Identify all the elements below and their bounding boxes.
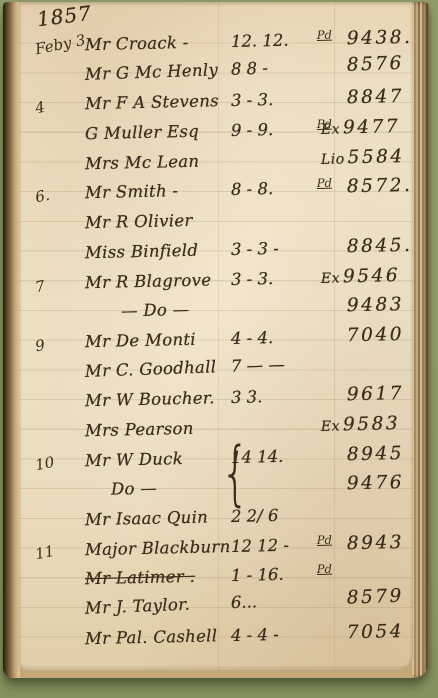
- entry-name: Mr J. Taylor.: [85, 594, 232, 619]
- entry-ledger-number: 8945: [347, 443, 411, 465]
- entry-day: 11: [20, 535, 86, 565]
- entry-number: 7040: [347, 324, 405, 346]
- entry-name: Mr R Blagrove: [85, 270, 231, 292]
- entry-name: Mr G Mc Henly: [85, 60, 232, 84]
- entry-paid-mark: Pd: [317, 562, 347, 577]
- entry-paid-mark: [317, 331, 347, 332]
- entry-paid-mark: [317, 357, 347, 358]
- entry-paid-mark: [317, 509, 347, 510]
- entry-day: 7: [20, 268, 86, 298]
- entry-paid-mark: Pd: [317, 27, 347, 42]
- entry-paid-mark: [317, 594, 347, 595]
- entry-name: — Do —: [85, 299, 231, 321]
- entry-paid-mark: [317, 242, 347, 243]
- entry-day: [22, 307, 85, 320]
- entry-name: Mr C. Goodhall: [85, 357, 232, 381]
- entry-ledger-number: 8943: [347, 532, 411, 554]
- entry-amount: [231, 307, 317, 309]
- entry-day: [22, 425, 85, 438]
- entry-amount: 8 8 -: [231, 57, 318, 79]
- entry-ledger-number: [347, 502, 411, 524]
- entry-number-prefix: Ex: [321, 270, 340, 286]
- entry-ledger-number: 8572.: [347, 176, 413, 198]
- entry-number: 9476: [347, 473, 405, 495]
- entry-name: Mr W Boucher.: [85, 389, 231, 411]
- entry-name: Mr Smith -: [85, 181, 231, 203]
- entry-ledger-number: [346, 349, 411, 372]
- book-binding-left-edge: [3, 2, 20, 678]
- entry-amount: [231, 218, 317, 220]
- entry-amount: 3 3.: [231, 387, 317, 408]
- entry-paid-mark: [317, 94, 347, 95]
- entry-paid-mark: [317, 450, 347, 451]
- entry-number: 8847: [347, 87, 405, 109]
- entry-name: Mr Latimer .: [85, 567, 231, 589]
- entry-name: Mr R Olivier: [85, 210, 231, 232]
- entry-paid-mark: [317, 628, 347, 629]
- entry-ledger-number: 8579: [346, 586, 411, 609]
- entry-name: Mr De Monti: [85, 329, 231, 351]
- entry-ledger-number: 8847: [347, 87, 411, 109]
- entry-amount: 7 — —: [231, 354, 318, 376]
- entry-day: 6.: [20, 179, 86, 209]
- entry-ledger-number: Ex9477: [347, 116, 411, 138]
- entry-day: [22, 485, 85, 498]
- entry-number: 9438.: [347, 27, 413, 49]
- entry-day: [22, 633, 85, 646]
- entry-name: Mr W Duck: [85, 448, 231, 470]
- entry-ledger-number: Ex9546: [347, 265, 411, 287]
- entry-paid-mark: [317, 212, 347, 213]
- entry-name: Mrs Pearson: [85, 418, 231, 440]
- entry-day: [22, 247, 85, 260]
- handwritten-content: 1857 Feby 3 Mr Croack - 12. 12. Pd 9438.…: [21, 2, 411, 670]
- entry-paid-mark: [317, 479, 347, 480]
- entry-ledger-number: Lio5584: [347, 146, 411, 168]
- entry-ledger-number: Ex9583: [347, 413, 411, 435]
- entry-ledger-number: 9483: [347, 294, 411, 316]
- entry-amount: [231, 159, 317, 161]
- entry-number: 9546: [343, 265, 401, 287]
- entries-list: Feby 3 Mr Croack - 12. 12. Pd 9438. Mr G…: [21, 31, 411, 654]
- entry-amount: 12. 12.: [231, 30, 317, 51]
- entry-name: Major Blackburn: [85, 537, 231, 559]
- entry-ledger-number: [347, 205, 411, 227]
- entry-name: Mr Croack -: [85, 32, 231, 54]
- entry-paid-mark: [317, 60, 347, 61]
- entry-amount: 3 - 3.: [231, 90, 317, 111]
- entry-number: 7054: [347, 621, 405, 643]
- entry-ledger-number: 9617: [347, 383, 411, 405]
- entry-number: 8945: [347, 443, 405, 465]
- entry-number: 9477: [343, 117, 401, 139]
- entry-day: [22, 69, 85, 82]
- entry-paid-mark: Pd: [317, 532, 347, 547]
- entry-name: Mr Pal. Cashell: [85, 626, 231, 648]
- entry-amount: 1 - 16.: [231, 565, 317, 586]
- entry-day: [22, 603, 85, 617]
- entry-amount: 3 - 3.: [231, 268, 317, 289]
- entry-ledger-number: 9476: [347, 473, 411, 495]
- entry-name: Miss Binfield: [85, 240, 231, 262]
- entry-day: [22, 218, 85, 231]
- entry-ledger-number: 9438.: [347, 27, 413, 49]
- entry-paid-mark: [317, 301, 347, 302]
- entry-number: 8943: [347, 532, 405, 554]
- entry-amount: [231, 426, 317, 428]
- entry-name: Mr F A Stevens: [85, 92, 231, 114]
- entry-ledger-number: 7054: [347, 621, 411, 643]
- entry-paid-mark: Pd: [317, 176, 347, 191]
- entry-paid-mark: Pd: [317, 116, 347, 131]
- entry-ledger-number: 8576: [346, 53, 411, 76]
- entry-amount: 8 - 8.: [231, 179, 317, 200]
- entry-day: [22, 515, 85, 528]
- entry-number: 9483: [347, 295, 405, 317]
- entry-name: Do —: [85, 478, 231, 500]
- entry-number: 8576: [346, 53, 404, 76]
- entry-day: [22, 366, 85, 379]
- entry-paid-mark: [317, 390, 347, 391]
- entry-day: [22, 574, 85, 587]
- entry-number: 8845.: [347, 235, 413, 257]
- entry-day: [22, 129, 85, 142]
- entry-number-prefix: Lio: [321, 151, 345, 168]
- page-stack-right-edge: [412, 2, 429, 678]
- entry-number: 8579: [346, 586, 404, 609]
- entry-day: 4: [20, 90, 86, 120]
- entry-name: G Muller Esq: [85, 121, 231, 143]
- entry-amount: 4 - 4.: [231, 327, 317, 348]
- entry-ledger-number: 7040: [347, 324, 411, 346]
- entry-day: [22, 158, 85, 171]
- curly-brace-mark: {: [221, 438, 250, 508]
- year-heading: 1857: [36, 2, 93, 31]
- entry-number-prefix: Ex: [321, 419, 340, 435]
- entry-amount: 12 12 -: [231, 535, 317, 556]
- entry-number: 5584: [347, 146, 405, 168]
- entry-amount: 3 - 3 -: [231, 238, 317, 259]
- ledger-book-photo: 1857 Feby 3 Mr Croack - 12. 12. Pd 9438.…: [3, 2, 429, 678]
- entry-ledger-number: 8845.: [347, 235, 413, 257]
- entry-day: 10: [20, 446, 86, 476]
- entry-day: [22, 396, 85, 409]
- entry-number: 8572.: [347, 176, 413, 198]
- entry-day: Feby 3: [20, 31, 86, 61]
- entry-name: Mr Isaac Quin: [85, 507, 231, 529]
- entry-amount: 9 - 9.: [231, 119, 317, 140]
- entry-number: 9583: [343, 413, 401, 435]
- entry-amount: 4 - 4 -: [231, 624, 317, 645]
- photo-background: 1857 Feby 3 Mr Croack - 12. 12. Pd 9438.…: [0, 0, 438, 698]
- entry-number: [346, 352, 347, 373]
- entry-name: Mrs Mc Lean: [85, 151, 231, 173]
- entry-day: 9: [20, 328, 86, 358]
- entry-number: 9617: [347, 384, 405, 406]
- entry-amount: 6...: [231, 590, 318, 612]
